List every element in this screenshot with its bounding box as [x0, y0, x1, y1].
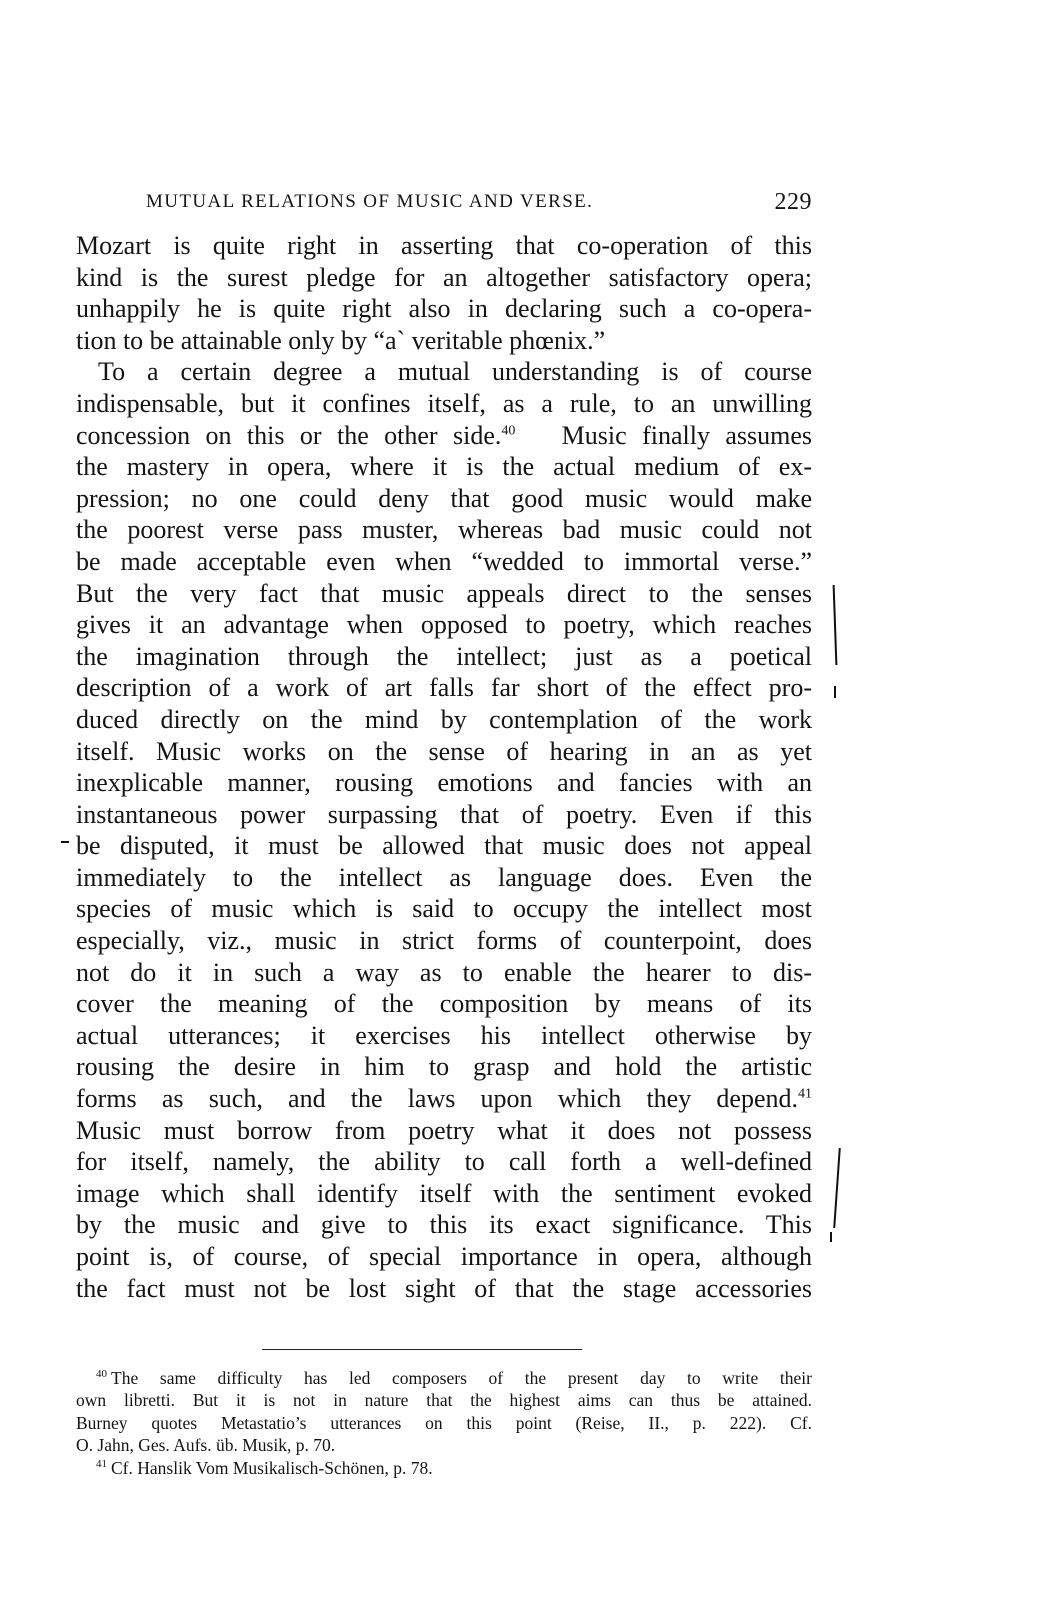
footnotes: 40The same difficulty has led composers …: [76, 1367, 812, 1479]
text-line: gives it an advantage when opposed to po…: [76, 609, 812, 641]
footnote-text: Cf. Hanslik Vom Musikalisch-Schönen, p. …: [111, 1458, 433, 1478]
text-line: the imagination through the intellect; j…: [76, 641, 812, 673]
body-text: Mozart is quite right in asserting that …: [76, 230, 812, 1304]
text-line: But the very fact that music appeals dir…: [76, 578, 812, 610]
text-line: duced directly on the mind by contemplat…: [76, 704, 812, 736]
text-line: kind is the surest pledge for an altoget…: [76, 262, 812, 294]
text-segment: concession on this or the other side.: [76, 421, 501, 450]
text-line: tion to be attainable only by “aˋ verita…: [76, 325, 812, 357]
footnote-40-line: own libretti. But it is not in nature th…: [76, 1389, 812, 1411]
text-line: instantaneous power surpassing that of p…: [76, 799, 812, 831]
text-line: description of a work of art falls far s…: [76, 672, 812, 704]
text-line: the poorest verse pass muster, whereas b…: [76, 514, 812, 546]
footnote-40-line: O. Jahn, Ges. Aufs. üb. Musik, p. 70.: [76, 1434, 812, 1456]
text-line: actual utterances; it exercises his inte…: [76, 1020, 812, 1052]
text-line: be made acceptable even when “wedded to …: [76, 546, 812, 578]
text-line: indispensable, but it confines itself, a…: [76, 388, 812, 420]
margin-bracket-mark: [833, 1148, 841, 1228]
text-line: rousing the desire in him to grasp and h…: [76, 1051, 812, 1083]
text-line-with-footnote: concession on this or the other side.40 …: [76, 420, 812, 452]
footnote-40-line: 40The same difficulty has led composers …: [76, 1367, 812, 1389]
margin-tick-mark: [830, 1232, 832, 1242]
text-line: be disputed, it must be allowed that mus…: [76, 830, 812, 862]
footnote-text: The same difficulty has led composers of…: [111, 1368, 812, 1388]
text-line: by the music and give to this its exact …: [76, 1209, 812, 1241]
margin-tick-mark: [834, 686, 836, 698]
text-line: for itself, namely, the ability to call …: [76, 1146, 812, 1178]
text-line: Mozart is quite right in asserting that …: [76, 230, 812, 262]
text-line: itself. Music works on the sense of hear…: [76, 736, 812, 768]
footnote-41-line: 41Cf. Hanslik Vom Musikalisch-Schönen, p…: [76, 1457, 812, 1479]
text-line: unhappily he is quite right also in decl…: [76, 293, 812, 325]
book-page: MUTUAL RELATIONS OF MUSIC AND VERSE. 229…: [0, 0, 1038, 1600]
text-line: point is, of course, of special importan…: [76, 1241, 812, 1273]
text-line: inexplicable manner, rousing emotions an…: [76, 767, 812, 799]
paragraph-start-line: To a certain degree a mutual understandi…: [76, 356, 812, 388]
footnote-mark-41: 41: [96, 1458, 107, 1470]
text-segment: Music finally assumes: [562, 421, 812, 450]
text-line: pression; no one could deny that good mu…: [76, 483, 812, 515]
footnote-mark-40: 40: [96, 1368, 107, 1380]
text-line: cover the meaning of the composition by …: [76, 988, 812, 1020]
footnote-reference-41[interactable]: 41: [798, 1086, 812, 1101]
text-line: especially, viz., music in strict forms …: [76, 925, 812, 957]
text-line: the fact must not be lost sight of that …: [76, 1273, 812, 1305]
footnote-40-line: Burney quotes Metastatio’s utterances on…: [76, 1412, 812, 1434]
text-segment: forms as such, and the laws upon which t…: [76, 1084, 798, 1113]
margin-dash-mark: [61, 841, 69, 843]
text-line: immediately to the intellect as language…: [76, 862, 812, 894]
margin-bracket-mark: [833, 585, 838, 665]
running-head: MUTUAL RELATIONS OF MUSIC AND VERSE. 229: [146, 187, 812, 217]
footnote-reference-40[interactable]: 40: [501, 423, 515, 438]
footnote-separator-rule: [262, 1349, 582, 1350]
text-line: not do it in such a way as to enable the…: [76, 957, 812, 989]
running-title: MUTUAL RELATIONS OF MUSIC AND VERSE.: [146, 187, 593, 217]
text-line: image which shall identify itself with t…: [76, 1178, 812, 1210]
text-line: the mastery in opera, where it is the ac…: [76, 451, 812, 483]
text-line: species of music which is said to occupy…: [76, 893, 812, 925]
text-line: Music must borrow from poetry what it do…: [76, 1115, 812, 1147]
page-number: 229: [775, 187, 813, 217]
text-line-with-footnote: forms as such, and the laws upon which t…: [76, 1083, 812, 1115]
